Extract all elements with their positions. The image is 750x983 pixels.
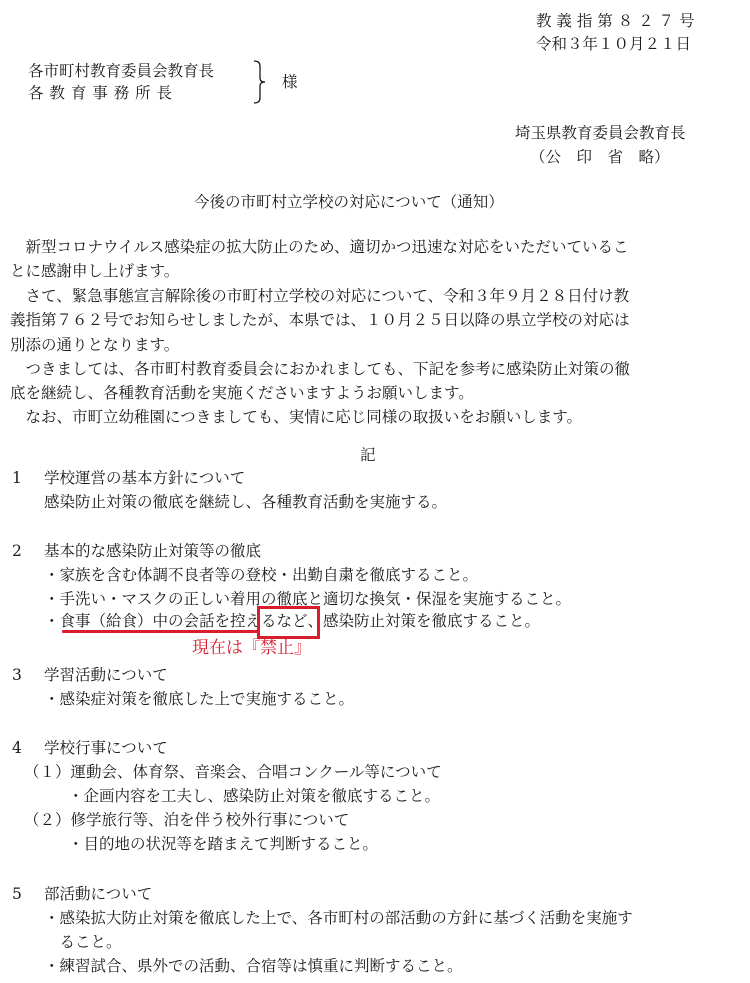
document-date: 令和３年１０月２１日 bbox=[536, 33, 691, 55]
red-underline-annotation bbox=[62, 630, 258, 633]
section-4-heading: 学校行事について bbox=[44, 737, 168, 759]
section-4-sub-1-line: ・企画内容を工夫し、感染防止対策を徹底すること。 bbox=[68, 785, 440, 807]
section-4-number: 4 bbox=[12, 737, 22, 759]
recipient-1: 各市町村教育委員会教育長 bbox=[28, 60, 214, 82]
document-number: 教 義 指 第 ８ ２ ７ 号 bbox=[536, 10, 695, 32]
section-4-sub-1-label: （１）運動会、体育祭、音楽会、合唱コンクール等について bbox=[24, 761, 442, 783]
section-2-number: 2 bbox=[12, 540, 22, 562]
paragraph-1-line-2: とに感謝申し上げます。 bbox=[10, 260, 179, 282]
paragraph-3-line-2: 底を継続し、各種教育活動を実施くださいますようお願いします。 bbox=[10, 382, 474, 404]
section-5-heading: 部活動について bbox=[44, 883, 152, 905]
section-1-heading: 学校運営の基本方針について bbox=[44, 467, 245, 489]
paragraph-2-line-2: 義指第７６２号でお知らせしましたが、本県では、１０月２５日以降の県立学校の対応は bbox=[10, 309, 630, 331]
section-4-sub-2-line: ・目的地の状況等を踏まえて判断すること。 bbox=[68, 833, 378, 855]
section-5-line-2: ること。 bbox=[44, 931, 122, 953]
section-3-line-1: ・感染症対策を徹底した上で実施すること。 bbox=[44, 688, 354, 710]
honorific: 様 bbox=[282, 71, 298, 93]
seal-note: （公 印 省 略） bbox=[530, 146, 670, 168]
paragraph-3-line-1: つきましては、各市町村教育委員会におかれましても、下記を参考に感染防止対策の徹 bbox=[10, 358, 630, 380]
section-5-line-1: ・感染拡大防止対策を徹底した上で、各市町村の部活動の方針に基づく活動を実施す bbox=[44, 907, 633, 929]
section-3-number: 3 bbox=[12, 664, 22, 686]
document-title: 今後の市町村立学校の対応について（通知） bbox=[194, 191, 504, 213]
ki-heading: 記 bbox=[360, 444, 376, 466]
paragraph-2-line-1: さて、緊急事態宣言解除後の市町村立学校の対応について、令和３年９月２８日付け教 bbox=[10, 285, 629, 307]
section-1-number: 1 bbox=[12, 467, 22, 489]
sender: 埼玉県教育委員会教育長 bbox=[515, 122, 686, 144]
section-4-sub-2-label: （２）修学旅行等、泊を伴う校外行事について bbox=[24, 809, 349, 831]
recipient-2: 各 教 育 事 務 所 長 bbox=[28, 82, 173, 104]
paragraph-2-line-3: 別添の通りとなります。 bbox=[10, 334, 179, 356]
section-5-number: 5 bbox=[12, 883, 22, 905]
section-5-line-3: ・練習試合、県外での活動、合宿等は慎重に判断すること。 bbox=[44, 955, 463, 977]
paragraph-4-line-1: なお、市町立幼稚園につきましても、実情に応じ同様の取扱いをお願いします。 bbox=[10, 406, 582, 428]
paragraph-1-line-1: 新型コロナウイルス感染症の拡大防止のため、適切かつ迅速な対応をいただいているこ bbox=[10, 236, 628, 258]
brace-icon bbox=[252, 60, 266, 104]
red-box-annotation bbox=[257, 606, 320, 639]
section-1-line-1: 感染防止対策の徹底を継続し、各種教育活動を実施する。 bbox=[44, 491, 447, 513]
section-2-heading: 基本的な感染防止対策等の徹底 bbox=[44, 540, 261, 562]
annotation-note: 現在は『禁止』 bbox=[192, 636, 311, 660]
section-2-line-1: ・家族を含む体調不良者等の登校・出勤自粛を徹底すること。 bbox=[44, 564, 478, 586]
section-3-heading: 学習活動について bbox=[44, 664, 168, 686]
